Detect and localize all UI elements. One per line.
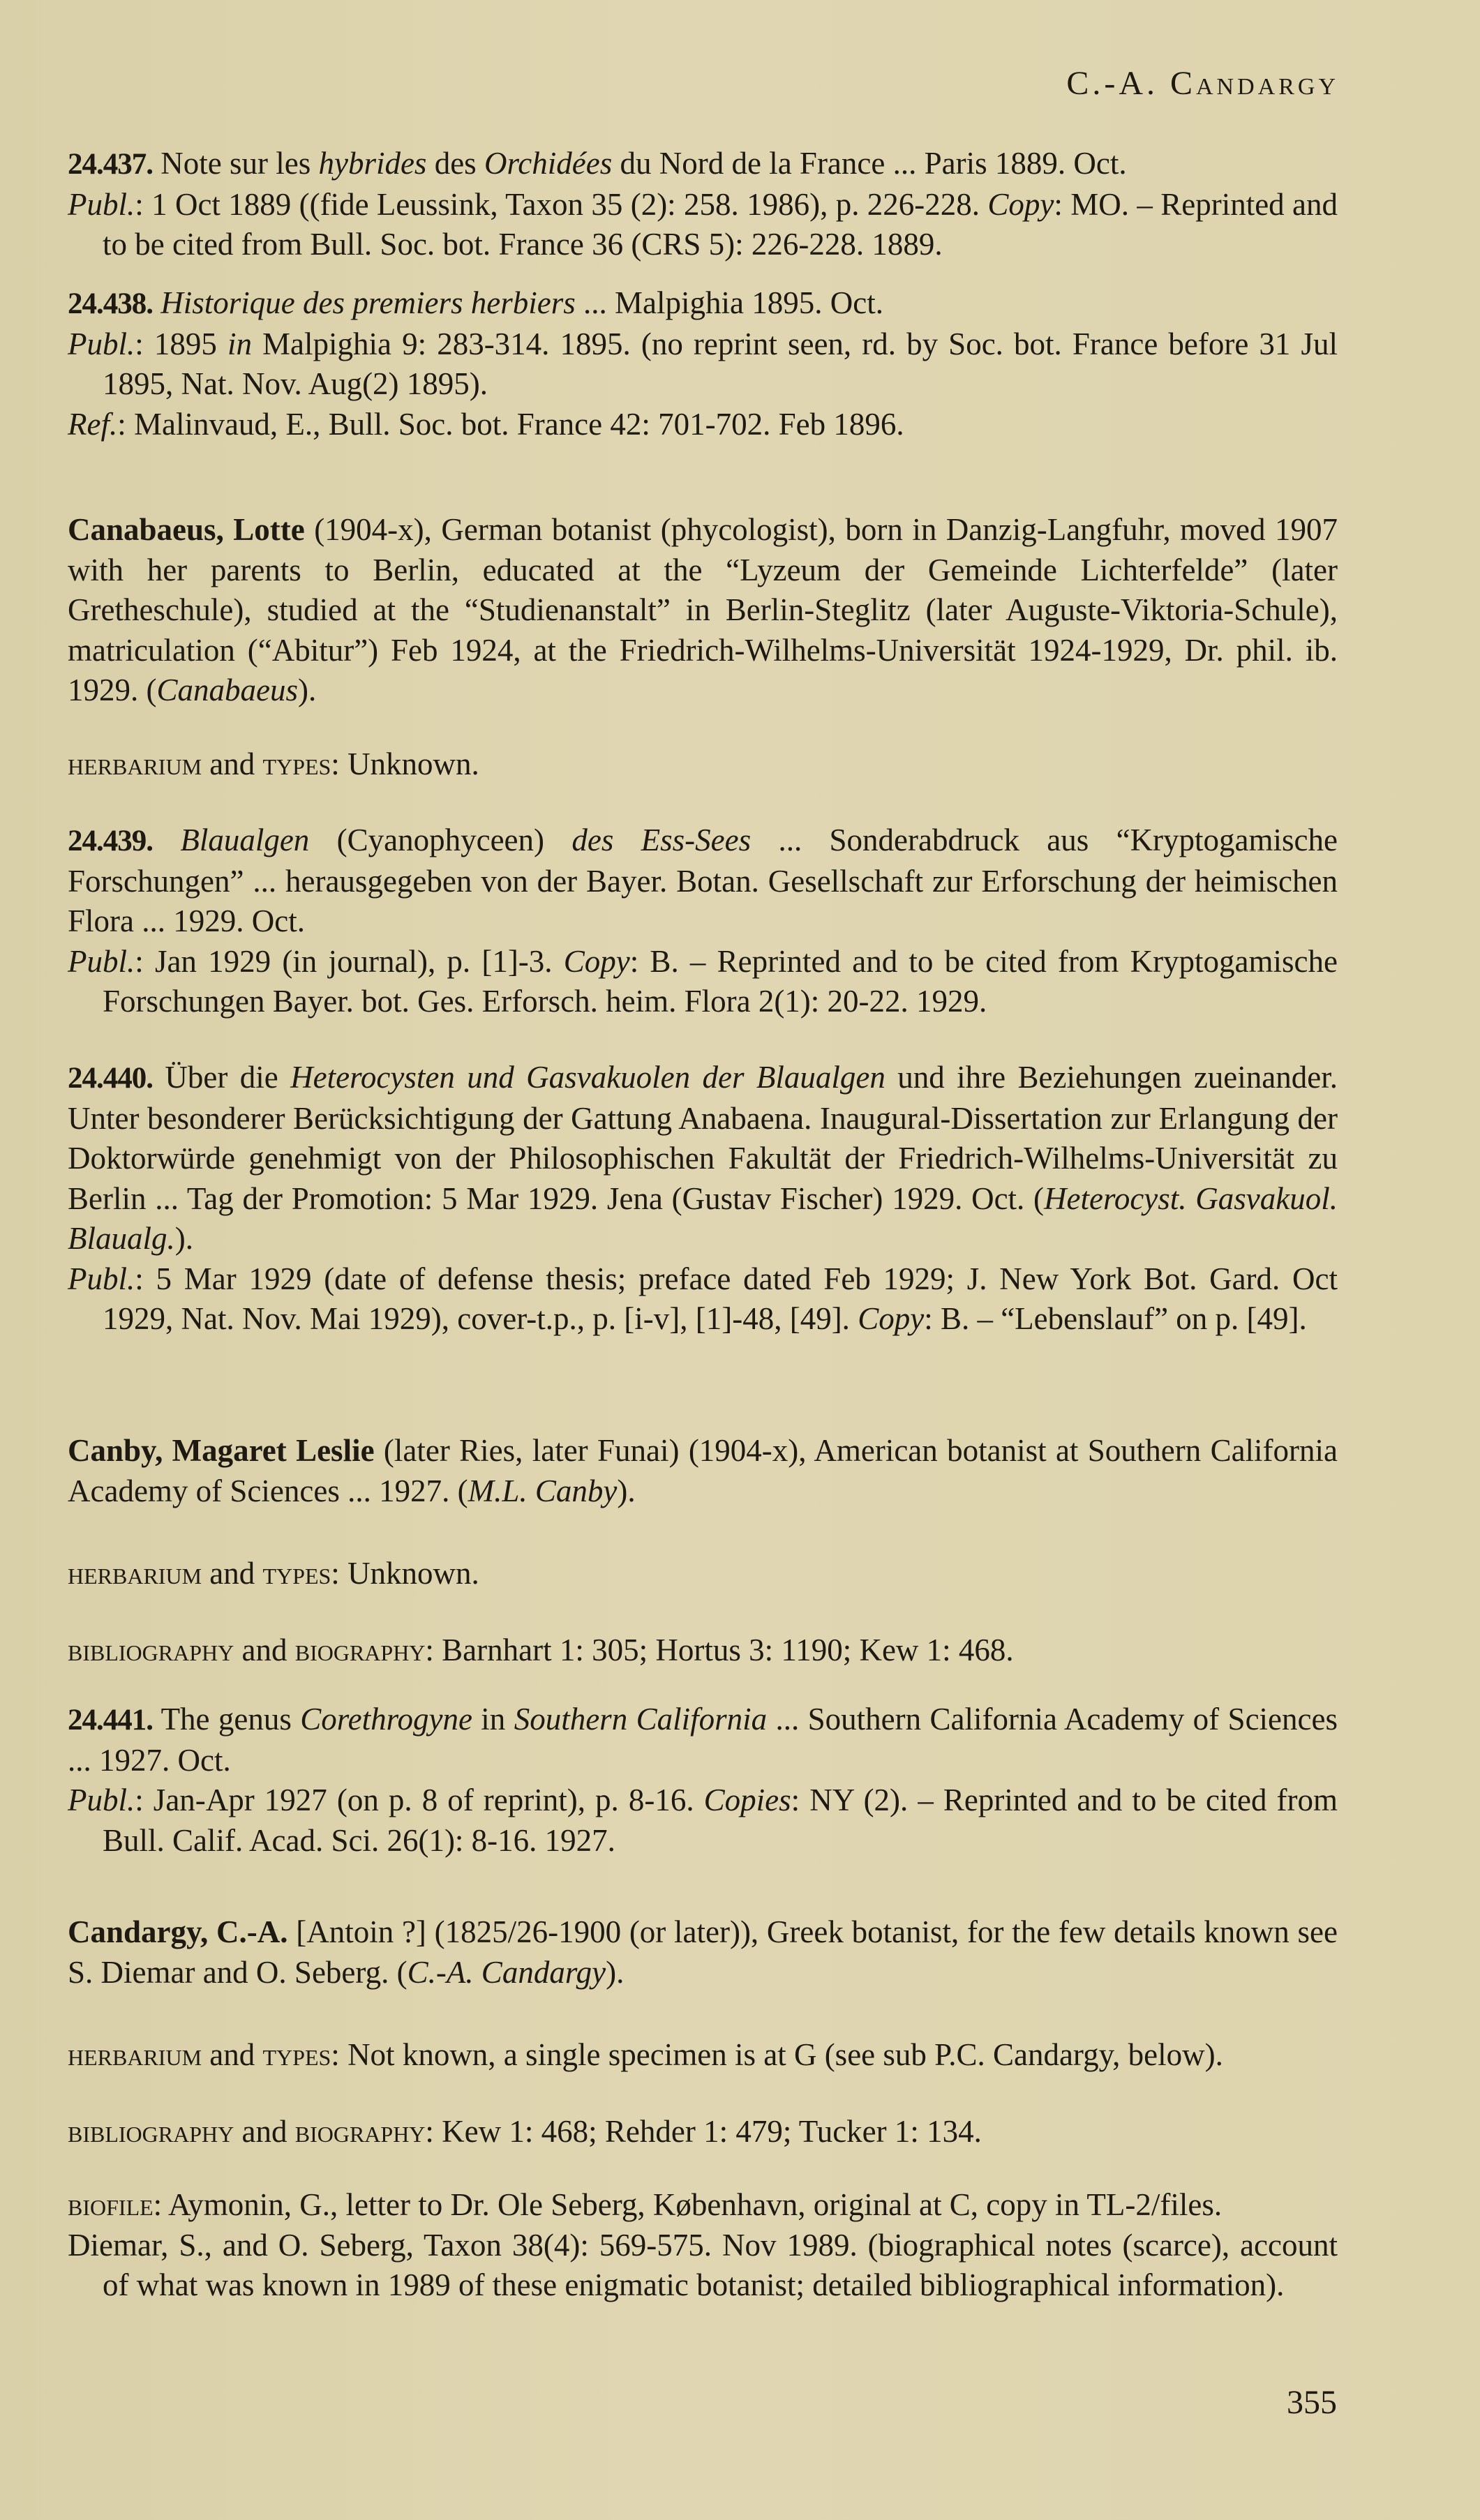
herbarium-types-canabaeus: HERBARIUM and TYPES: Unknown. (68, 744, 1338, 785)
entry-number: 24.440. (68, 1062, 153, 1095)
author-name: Canabaeus, Lotte (68, 512, 305, 547)
author-name: Canby, Magaret Leslie (68, 1433, 375, 1468)
page-number: 355 (1277, 2383, 1337, 2422)
publication-note: Publ.: 1 Oct 1889 ((fide Leussink, Taxon… (68, 185, 1338, 265)
bibliography-canby: BIBLIOGRAPHY and BIOGRAPHY: Barnhart 1: … (68, 1630, 1338, 1671)
entry-24-438: 24.438. Historique des premiers herbiers… (68, 283, 1338, 444)
author-name: Candargy, C.-A. (68, 1914, 288, 1949)
running-head: C.-A. Candargy (1029, 64, 1339, 103)
herbarium-types-canby: HERBARIUM and TYPES: Unknown. (68, 1553, 1338, 1594)
entry-number: 24.441. (68, 1704, 153, 1737)
entry-number: 24.438. (68, 287, 153, 320)
bibliography-candargy: BIBLIOGRAPHY and BIOGRAPHY: Kew 1: 468; … (68, 2111, 1338, 2152)
entry-24-439: 24.439. Blaualgen (Cyanophyceen) des Ess… (68, 820, 1338, 1022)
publication-note: Publ.: 1895 in Malpighia 9: 283-314. 189… (68, 324, 1338, 405)
publication-note: Publ.: Jan-Apr 1927 (on p. 8 of reprint)… (68, 1780, 1338, 1861)
author-canabaeus: Canabaeus, Lotte (1904-x), German botani… (68, 510, 1338, 711)
herbarium-types-candargy: HERBARIUM and TYPES: Not known, a single… (68, 2034, 1338, 2076)
reference-note: Ref.: Malinvaud, E., Bull. Soc. bot. Fra… (68, 405, 1338, 445)
publication-note: Publ.: Jan 1929 (in journal), p. [1]-3. … (68, 942, 1338, 1022)
author-candargy: Candargy, C.-A. [Antoin ?] (1825/26-1900… (68, 1912, 1338, 1993)
biofile-reference: Diemar, S., and O. Seberg, Taxon 38(4): … (68, 2226, 1338, 2306)
entry-24-440: 24.440. Über die Heterocysten und Gasvak… (68, 1058, 1338, 1340)
entry-24-437: 24.437. Note sur les hybrides des Orchid… (68, 144, 1338, 265)
author-canby: Canby, Magaret Leslie (later Ries, later… (68, 1431, 1338, 1511)
biofile-candargy: BIOFILE: Aymonin, G., letter to Dr. Ole … (68, 2184, 1338, 2306)
entry-number: 24.439. (68, 825, 153, 857)
publication-note: Publ.: 5 Mar 1929 (date of defense thesi… (68, 1259, 1338, 1340)
entry-24-441: 24.441. The genus Corethrogyne in Southe… (68, 1700, 1338, 1861)
entry-number: 24.437. (68, 148, 153, 181)
